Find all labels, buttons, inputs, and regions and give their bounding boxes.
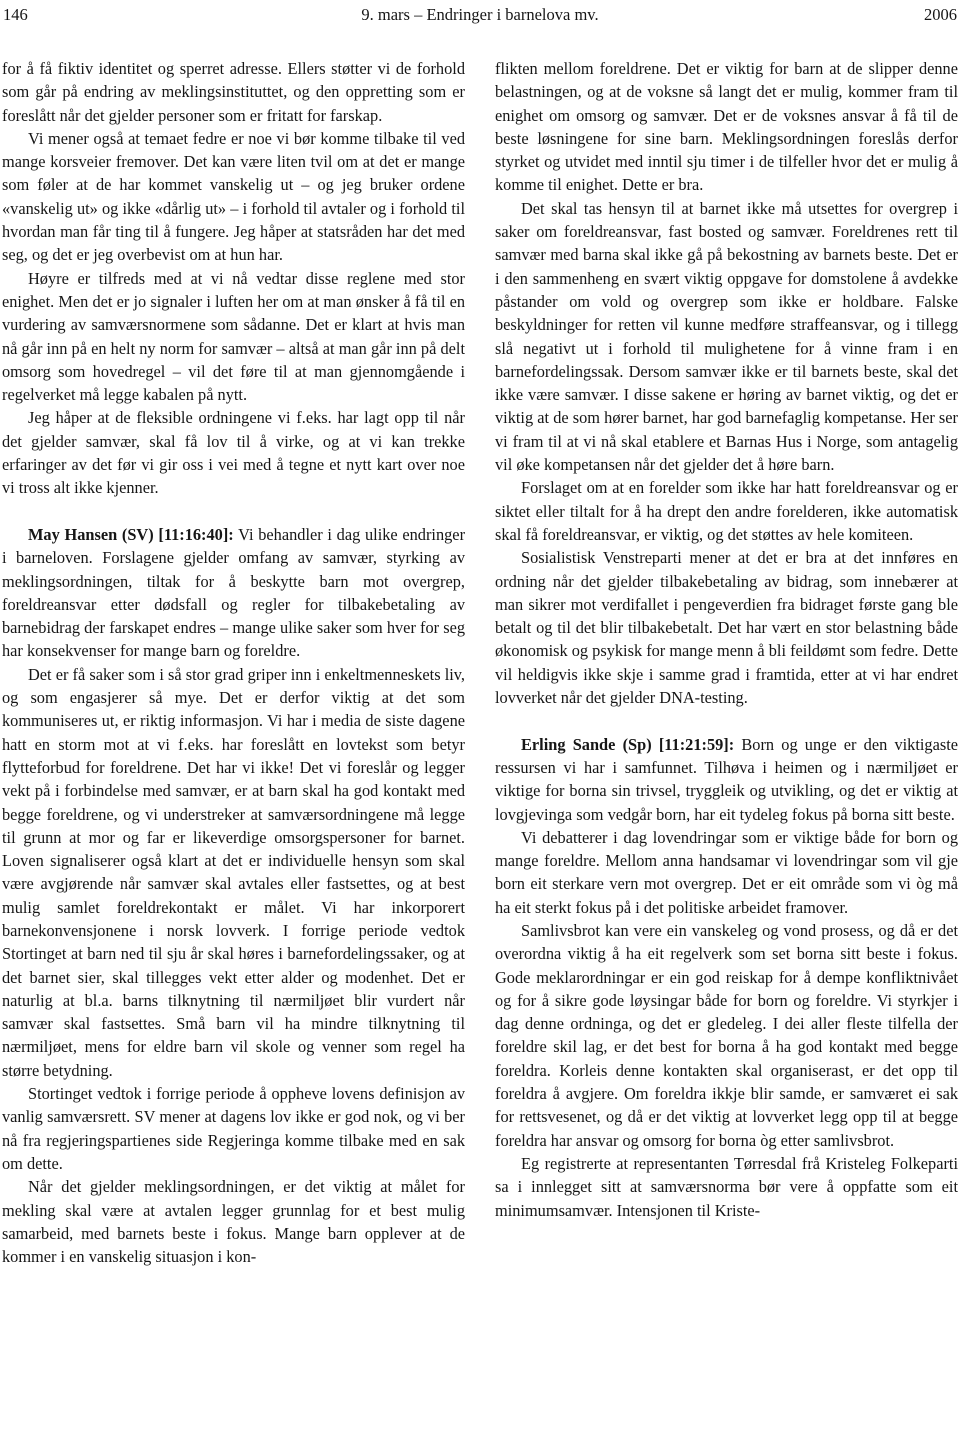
body-paragraph: Jeg håper at de fleksible ordningene vi … <box>2 406 465 499</box>
body-paragraph: Sosialistisk Venstreparti mener at det e… <box>495 546 958 709</box>
page-title: 9. mars – Endringer i barnelova mv. <box>361 5 598 24</box>
speaker-name: May Hansen (SV) [11:16:40]: <box>28 525 234 544</box>
body-paragraph: Høyre er tilfreds med at vi nå vedtar di… <box>2 267 465 407</box>
speech-text: Vi behandler i dag ulike endringer i bar… <box>2 525 465 660</box>
speaker-name: Erling Sande (Sp) [11:21:59]: <box>521 735 734 754</box>
body-paragraph: Forslaget om at en forelder som ikke har… <box>495 476 958 546</box>
continuation-paragraph: flikten mellom foreldrene. Det er viktig… <box>495 57 958 197</box>
body-paragraph: Vi debatterer i dag lovendringar som er … <box>495 826 958 919</box>
body-paragraph: Når det gjelder meklingsordningen, er de… <box>2 1175 465 1268</box>
body-paragraph: Vi mener også at temaet fedre er noe vi … <box>2 127 465 267</box>
text-columns: for å få fiktiv identitet og sperret adr… <box>2 57 958 1268</box>
page-year: 2006 <box>599 5 957 24</box>
left-column: for å få fiktiv identitet og sperret adr… <box>2 57 465 1268</box>
right-column: flikten mellom foreldrene. Det er viktig… <box>495 57 958 1268</box>
page-number: 146 <box>3 5 361 24</box>
body-paragraph: Samlivsbrot kan vere ein vanskeleg og vo… <box>495 919 958 1152</box>
page-header: 146 9. mars – Endringer i barnelova mv. … <box>2 5 958 24</box>
body-paragraph: Eg registrerte at representanten Tørresd… <box>495 1152 958 1222</box>
body-paragraph: Stortinget vedtok i forrige periode å op… <box>2 1082 465 1175</box>
body-paragraph: Det er få saker som i så stor grad gripe… <box>2 663 465 1082</box>
speech-paragraph: May Hansen (SV) [11:16:40]: Vi behandler… <box>2 523 465 663</box>
speech-paragraph: Erling Sande (Sp) [11:21:59]: Born og un… <box>495 733 958 826</box>
continuation-paragraph: for å få fiktiv identitet og sperret adr… <box>2 57 465 127</box>
body-paragraph: Det skal tas hensyn til at barnet ikke m… <box>495 197 958 477</box>
document-page: 146 9. mars – Endringer i barnelova mv. … <box>0 0 960 1432</box>
